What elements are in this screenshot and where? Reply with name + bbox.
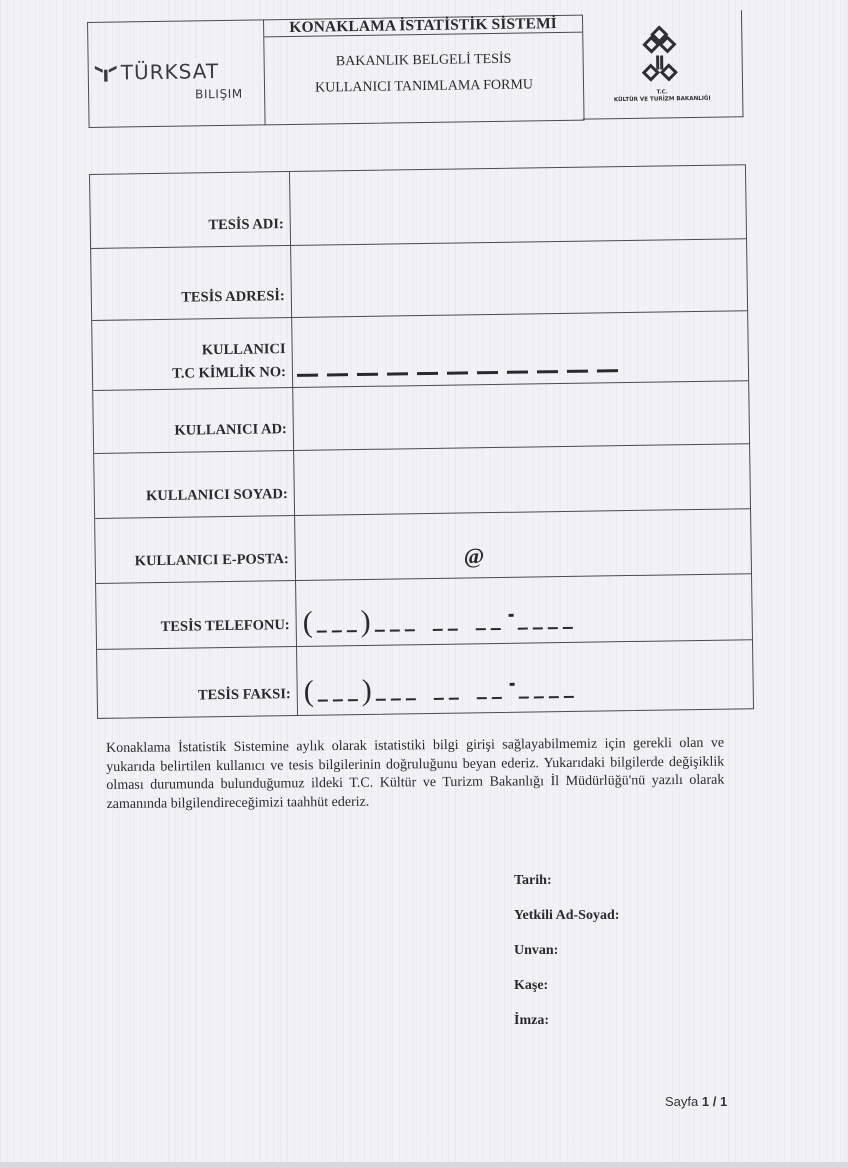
turksat-logo-icon (95, 64, 117, 82)
row-facility-phone: TESİS TELEFONU: () (96, 574, 752, 650)
field-user-tc-id[interactable] (292, 311, 748, 387)
field-facility-name[interactable] (290, 165, 746, 245)
form-subtitle-2: KULLANICI TANIMLAMA FORMU (265, 77, 583, 98)
authorized-name-label: Yetkili Ad-Soyad: (514, 908, 619, 943)
tc-digit-slot (387, 372, 408, 375)
row-user-surname: KULLANICI SOYAD: (94, 444, 750, 519)
page-number: Sayfa 1 / 1 (665, 1094, 727, 1109)
row-user-tc-id: KULLANICI T.C KİMLİK NO: (92, 311, 748, 391)
declaration-text: Konaklama İstatistik Sistemine aylık ola… (106, 735, 725, 814)
label-facility-name: TESİS ADI: (90, 172, 291, 248)
scan-edge (0, 1162, 848, 1168)
label-user-name: KULLANICI AD: (93, 388, 294, 453)
phone-format-mask: () (302, 606, 576, 636)
turksat-logo: TÜRKSAT (95, 59, 220, 85)
field-user-email[interactable]: @ (295, 509, 751, 580)
page-separator: / (713, 1094, 717, 1109)
date-label: Tarih: (514, 873, 619, 908)
tc-digit-slot (447, 371, 468, 374)
signature-block: Tarih: Yetkili Ad-Soyad: Unvan: Kaşe: İm… (514, 873, 619, 1048)
ktb-name: KÜLTÜR VE TURİZM BAKANLIĞI (582, 95, 742, 103)
tc-digit-slot (567, 370, 588, 373)
page-total: 1 (720, 1094, 727, 1109)
page-prefix: Sayfa (665, 1094, 698, 1109)
tc-digit-slot (477, 371, 498, 374)
page-current: 1 (702, 1094, 709, 1109)
label-user-tc-id-line1: KULLANICI (93, 341, 286, 361)
stamp-label: Kaşe: (514, 978, 619, 1013)
row-facility-address: TESİS ADRESİ: (91, 239, 747, 321)
label-user-tc-id-line2: T.C KİMLİK NO: (93, 364, 286, 384)
tc-digit-slot (297, 374, 318, 377)
title-label: Unvan: (514, 943, 619, 978)
field-facility-phone[interactable]: () (296, 574, 752, 646)
signature-label: İmza: (514, 1013, 619, 1048)
tc-digit-slot (327, 373, 348, 376)
label-user-email: KULLANICI E-POSTA: (95, 516, 296, 583)
field-user-surname[interactable] (294, 444, 750, 515)
field-user-name[interactable] (293, 381, 749, 450)
tc-digit-slot (537, 370, 558, 373)
label-facility-fax: TESİS FAKSI: (97, 647, 298, 718)
ministry-logo-cell: T.C. KÜLTÜR VE TURİZM BAKANLIĞI (581, 10, 744, 119)
field-facility-address[interactable] (291, 239, 747, 317)
label-facility-address: TESİS ADRESİ: (91, 246, 292, 320)
tc-digit-slot (597, 369, 618, 372)
label-facility-phone: TESİS TELEFONU: (96, 581, 297, 649)
tc-digit-slot (357, 373, 378, 376)
tc-digit-slot (507, 371, 528, 374)
form-subtitle-1: BAKANLIK BELGELİ TESİS (265, 51, 583, 72)
row-user-name: KULLANICI AD: (93, 381, 749, 454)
ktb-knot-emblem-icon (641, 25, 678, 82)
tc-digit-slot (417, 372, 438, 375)
tc-id-digit-slots (297, 369, 618, 379)
label-user-tc-id: KULLANICI T.C KİMLİK NO: (92, 318, 293, 390)
fax-format-mask: () (304, 675, 578, 705)
row-facility-fax: TESİS FAKSI: () (97, 640, 753, 718)
turksat-brand: TÜRKSAT (121, 59, 220, 84)
system-title: KONAKLAMA İSTATİSTİK SİSTEMİ (264, 16, 582, 38)
user-definition-form: TESİS ADI: TESİS ADRESİ: KULLANICI T.C K… (89, 164, 754, 719)
at-sign: @ (464, 543, 485, 569)
turksat-logo-cell: TÜRKSAT BILIŞIM (87, 19, 266, 128)
label-user-surname: KULLANICI SOYAD: (94, 451, 295, 518)
turksat-sub: BILIŞIM (195, 87, 243, 102)
form-header: TÜRKSAT BILIŞIM KONAKLAMA İSTATİSTİK SİS… (87, 10, 742, 124)
row-user-email: KULLANICI E-POSTA: @ (95, 509, 751, 584)
title-cell: KONAKLAMA İSTATİSTİK SİSTEMİ BAKANLIK BE… (263, 15, 585, 126)
row-facility-name: TESİS ADI: (90, 165, 746, 249)
field-facility-fax[interactable]: () (297, 640, 753, 715)
